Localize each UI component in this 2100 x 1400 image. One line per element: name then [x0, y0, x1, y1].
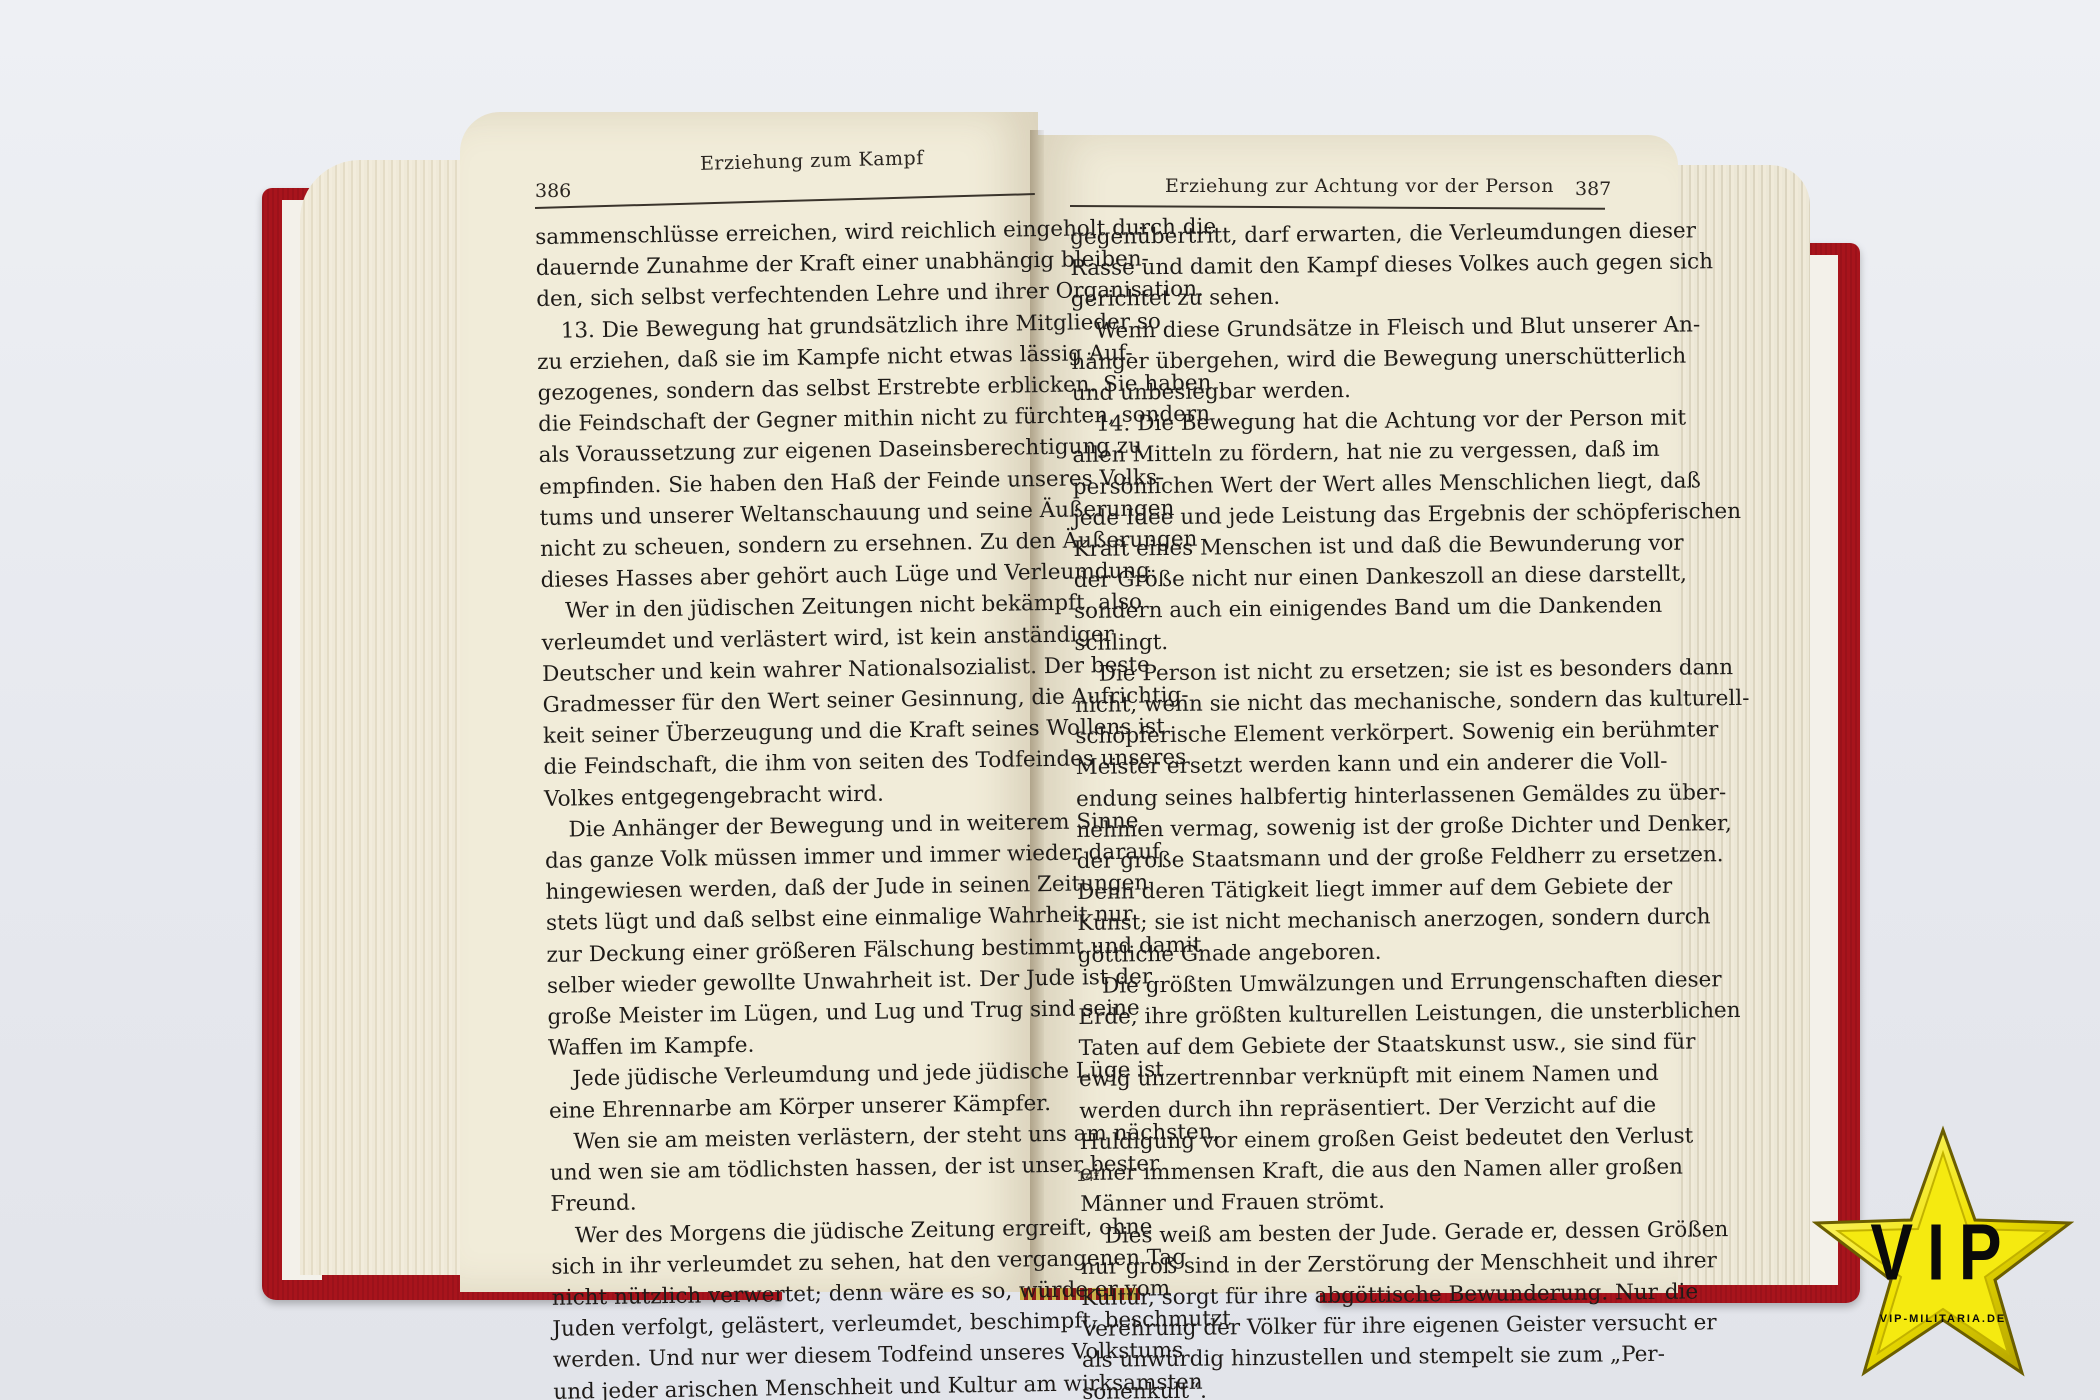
- left-page-number: 386: [535, 180, 571, 202]
- right-page-text: gegenübertritt, darf erwarten, die Verle…: [1070, 216, 1657, 1400]
- text-line: als unwürdig hinzustellen und stempelt s…: [1082, 1339, 1657, 1376]
- text-line: Kunst; sie ist nicht mechanisch anerzoge…: [1077, 902, 1652, 939]
- text-line: hänger übergehen, wird die Bewegung uner…: [1071, 341, 1646, 378]
- text-line: sondern auch ein einigendes Band um die …: [1074, 590, 1649, 627]
- left-page-text: sammenschlüsse erreichen, wird reichlich…: [535, 214, 1054, 1400]
- text-line: einer immensen Kraft, die aus den Namen …: [1080, 1152, 1655, 1189]
- vip-logo: VIP VIP-MILITARIA.DE: [1812, 1125, 2074, 1377]
- vip-logo-text: VIP: [1812, 1206, 2074, 1299]
- page-edges-left: [300, 160, 470, 1275]
- vip-logo-url: VIP-MILITARIA.DE: [1812, 1313, 2074, 1325]
- right-page-number: 387: [1575, 178, 1611, 200]
- signature-mark: 14*: [1077, 1168, 1100, 1185]
- right-running-head: Erziehung zur Achtung vor der Person: [1165, 175, 1554, 197]
- text-line: Rasse und damit den Kampf dieses Volkes …: [1070, 247, 1645, 284]
